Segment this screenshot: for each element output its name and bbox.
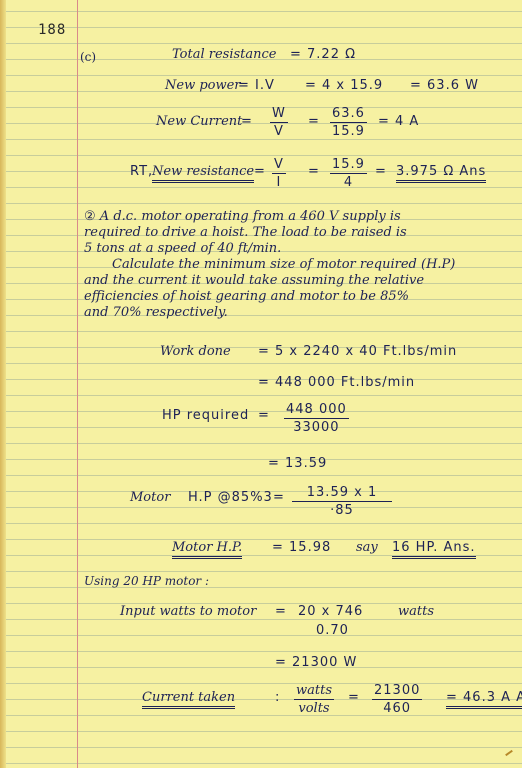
numerator: 63.6 [330, 106, 367, 123]
equals-sign: = [254, 164, 266, 179]
equals-sign: = [308, 164, 320, 179]
equals-sign: = [375, 164, 387, 179]
equals-sign: = [348, 690, 360, 705]
margin-line [77, 0, 78, 768]
motor-label: Motor [130, 490, 170, 505]
denominator: volts [294, 700, 334, 716]
new-resistance-answer-wrap: 3.975 Ω Ans [396, 164, 486, 179]
denominator: 33000 [284, 419, 349, 435]
numerator: W [270, 106, 288, 123]
problem-line: required to drive a hoist. The load to b… [84, 225, 514, 241]
current-taken-answer-wrap: = 46.3 A Ans [446, 690, 522, 705]
problem-line: A d.c. motor operating from a 460 V supp… [100, 209, 401, 224]
question-2-text: ② A d.c. motor operating from a 460 V su… [84, 209, 514, 321]
notebook-page: 188 (c) Total resistance = 7.22 Ω New po… [0, 0, 522, 768]
part-c-label: (c) [80, 50, 96, 64]
question-marker: ② [84, 209, 96, 224]
fraction-448000-over-33000: 448 000 33000 [284, 402, 349, 435]
new-power-label: New power [165, 78, 241, 93]
current-taken-label-wrap: Current taken [142, 690, 235, 705]
new-resistance-label: New resistance [152, 164, 254, 183]
numerator: V [272, 157, 286, 174]
new-power-result: = 63.6 W [410, 78, 479, 93]
new-resistance-label-wrap: New resistance [152, 164, 254, 179]
fraction-watts-over-volts: watts volts [294, 683, 334, 716]
equals-sign: = [241, 114, 253, 129]
denominator: V [270, 123, 288, 139]
motor-hp-label: Motor H.P. [172, 540, 242, 559]
hp-required-result: = 13.59 [268, 456, 327, 471]
page-edge [0, 0, 6, 768]
denominator: 4 [330, 174, 367, 190]
denominator: 15.9 [330, 123, 367, 139]
equals-sign: = [308, 114, 320, 129]
work-done-expr: = 5 x 2240 x 40 Ft.lbs/min [258, 344, 457, 359]
input-watts-unit: watts [398, 604, 434, 619]
fraction-v-over-i: V I [272, 157, 286, 190]
numerator: 448 000 [284, 402, 349, 419]
fraction-63-6-over-15-9: 63.6 15.9 [330, 106, 367, 139]
motor-hp-at-label: H.P @85%3 [188, 490, 273, 505]
total-resistance-value: = 7.22 Ω [290, 47, 356, 62]
input-watts-den: 0.70 [316, 623, 349, 638]
new-resistance-answer: 3.975 Ω Ans [396, 164, 486, 183]
input-watts-result: = 21300 W [275, 655, 357, 670]
task-line: efficiencies of hoist gearing and motor … [84, 289, 514, 305]
motor-hp-value: = 15.98 [272, 540, 331, 555]
using-motor-note: Using 20 HP motor : [84, 574, 209, 588]
fraction-w-over-v: W V [270, 106, 288, 139]
fraction-13-59-over-85: 13.59 x 1 ·85 [292, 485, 392, 518]
task-line: and the current it would take assuming t… [84, 273, 514, 289]
motor-hp-answer: 16 HP. Ans. [392, 540, 476, 559]
colon-sign: : [275, 690, 280, 705]
say-label: say [356, 540, 378, 555]
task-line: and 70% respectively. [84, 305, 514, 321]
pencil-mark [505, 750, 513, 756]
new-power-eq1: = I.V [238, 78, 275, 93]
numerator: watts [294, 683, 334, 700]
problem-line: 5 tons at a speed of 40 ft/min. [84, 241, 514, 257]
input-watts-label: Input watts to motor [120, 604, 256, 619]
question-line: ② A d.c. motor operating from a 460 V su… [84, 209, 514, 225]
equals-sign: = [275, 604, 287, 619]
denominator: I [272, 174, 286, 190]
numerator: 13.59 x 1 [292, 485, 392, 502]
task-line: Calculate the minimum size of motor requ… [84, 257, 514, 273]
new-current-result: = 4 A [378, 114, 419, 129]
page-number: 188 [38, 22, 66, 38]
equals-sign: = [273, 490, 285, 505]
new-current-label: New Current [156, 114, 242, 129]
current-taken-answer: = 46.3 A Ans [446, 690, 522, 709]
new-power-eq2: = 4 x 15.9 [305, 78, 383, 93]
denominator: ·85 [292, 502, 392, 518]
fraction-21300-over-460: 21300 460 [372, 683, 422, 716]
rt-prefix: RT, [130, 164, 153, 179]
numerator: 21300 [372, 683, 422, 700]
total-resistance-label: Total resistance [172, 47, 276, 62]
input-watts-num: 20 x 746 [298, 604, 363, 619]
fraction-15-9-over-4: 15.9 4 [330, 157, 367, 190]
numerator: 15.9 [330, 157, 367, 174]
work-done-result: = 448 000 Ft.lbs/min [258, 375, 415, 390]
hp-required-label: HP required [162, 408, 249, 423]
denominator: 460 [372, 700, 422, 716]
work-done-label: Work done [160, 344, 231, 359]
motor-hp-answer-wrap: 16 HP. Ans. [392, 540, 476, 555]
equals-sign: = [258, 408, 270, 423]
motor-hp-label-wrap: Motor H.P. [172, 540, 242, 555]
current-taken-label: Current taken [142, 690, 235, 709]
